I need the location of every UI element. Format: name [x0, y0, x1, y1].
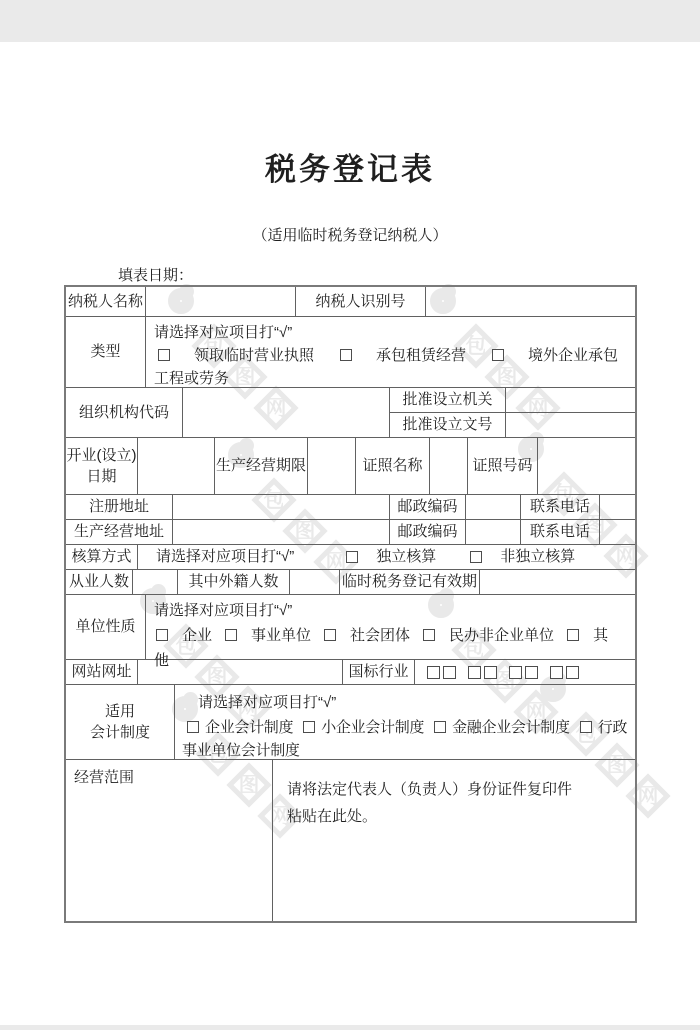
business-address-input[interactable]: [172, 520, 389, 544]
tick-hint: 请选择对应项目打“√”: [156, 547, 294, 567]
table-row-type: 类型 请选择对应项目打“√” 领取临时营业执照承包租赁经营境外企业承包工程或劳务: [66, 316, 635, 387]
approval-org-row: 批准设立机关: [389, 388, 635, 412]
table-row-registered-address: 注册地址 邮政编码 联系电话: [66, 494, 635, 519]
table-row-org-code: 组织机构代码 批准设立机关 批准设立文号: [66, 387, 635, 437]
operation-period-label: 生产经营期限: [214, 438, 307, 494]
operation-period-input[interactable]: [307, 438, 355, 494]
screenshot-root: { "header": { "title": "税务登记表", "subtitl…: [0, 0, 700, 1030]
approval-org-input[interactable]: [505, 388, 635, 412]
fill-date-label: 填表日期：: [118, 264, 193, 285]
postcode-input[interactable]: [465, 520, 520, 544]
table-row-opening-date: 开业(设立) 日期 生产经营期限 证照名称 证照号码: [66, 437, 635, 494]
approval-doc-input[interactable]: [505, 413, 635, 437]
table-row-accounting-system: 适用 会计制度 请选择对应项目打“√” 企业会计制度小企业会计制度金融企业会计制…: [66, 684, 635, 759]
business-address-label: 生产经营地址: [66, 520, 172, 544]
industry-code-box[interactable]: [427, 666, 440, 679]
checkbox-financial-enterprise-accounting-system[interactable]: [434, 721, 446, 733]
table-row-unit-nature: 单位性质 请选择对应项目打“√” 企业事业单位社会团体民办非企业单位其他: [66, 594, 635, 659]
checkbox-temp-business-license[interactable]: [158, 349, 170, 361]
option-label: 独立核算: [376, 547, 436, 567]
table-row-staff: 从业人数 其中外籍人数 临时税务登记有效期: [66, 569, 635, 594]
checkbox-overseas-enterprise-contract[interactable]: [492, 349, 504, 361]
website-input[interactable]: [137, 660, 342, 684]
industry-code-box[interactable]: [550, 666, 563, 679]
opening-date-label: 开业(设立) 日期: [66, 438, 137, 494]
option-label: 事业单位: [251, 627, 311, 644]
phone-label: 联系电话: [520, 520, 599, 544]
phone-input[interactable]: [599, 520, 635, 544]
industry-code-box[interactable]: [468, 666, 481, 679]
accounting-system-options-cell: 请选择对应项目打“√” 企业会计制度小企业会计制度金融企业会计制度行政事业单位会…: [174, 685, 635, 759]
taxpayer-name-label: 纳税人名称: [66, 287, 145, 316]
postcode-label: 邮政编码: [389, 520, 465, 544]
checkbox-enterprise[interactable]: [156, 629, 168, 641]
website-label: 网站网址: [66, 660, 137, 684]
approval-subtable: 批准设立机关 批准设立文号: [389, 388, 635, 437]
registered-address-label: 注册地址: [66, 495, 172, 519]
postcode-input[interactable]: [465, 495, 520, 519]
industry-code-cell: [414, 660, 635, 684]
org-code-input[interactable]: [182, 388, 389, 437]
checkbox-non-independent-accounting[interactable]: [470, 551, 482, 563]
phone-input[interactable]: [599, 495, 635, 519]
option-label: 非独立核算: [500, 547, 575, 567]
opening-date-input[interactable]: [137, 438, 214, 494]
approval-doc-label: 批准设立文号: [389, 413, 505, 437]
tick-hint: 请选择对应项目打“√”: [154, 321, 627, 344]
accounting-options-cell: 请选择对应项目打“√” 独立核算 非独立核算: [137, 545, 635, 569]
checkbox-contract-lease-operation[interactable]: [340, 349, 352, 361]
approval-doc-row: 批准设立文号: [389, 412, 635, 437]
type-label: 类型: [66, 317, 145, 387]
registration-validity-label: 临时税务登记有效期: [339, 570, 479, 594]
form-title: 税务登记表: [0, 144, 700, 189]
option-label: 金融企业会计制度: [452, 719, 570, 736]
industry-label: 国标行业: [342, 660, 414, 684]
staff-count-label: 从业人数: [66, 570, 132, 594]
staff-count-input[interactable]: [132, 570, 177, 594]
tick-hint: 请选择对应项目打“√”: [198, 691, 633, 714]
option-label: 承包租赁经营: [376, 347, 466, 364]
option-label: 企业会计制度: [205, 719, 293, 736]
business-scope-label: 经营范围: [66, 760, 272, 921]
option-label: 企业: [182, 627, 212, 644]
checkbox-other[interactable]: [567, 629, 579, 641]
table-row-accounting-method: 核算方式 请选择对应项目打“√” 独立核算 非独立核算: [66, 544, 635, 569]
license-name-input[interactable]: [429, 438, 467, 494]
tick-hint: 请选择对应项目打“√”: [154, 598, 629, 623]
approval-org-label: 批准设立机关: [389, 388, 505, 412]
phone-label: 联系电话: [520, 495, 599, 519]
type-options-cell: 请选择对应项目打“√” 领取临时营业执照承包租赁经营境外企业承包工程或劳务: [145, 317, 635, 387]
industry-code-box[interactable]: [525, 666, 538, 679]
unit-nature-label: 单位性质: [66, 595, 145, 659]
registration-validity-input[interactable]: [479, 570, 635, 594]
checkbox-enterprise-accounting-system[interactable]: [187, 721, 199, 733]
industry-code-box[interactable]: [509, 666, 522, 679]
checkbox-private-non-enterprise[interactable]: [423, 629, 435, 641]
accounting-method-label: 核算方式: [66, 545, 137, 569]
checkbox-public-institution[interactable]: [225, 629, 237, 641]
option-label: 社会团体: [350, 627, 410, 644]
foreign-staff-input[interactable]: [289, 570, 339, 594]
checkbox-administrative-institution-accounting-system[interactable]: [580, 721, 592, 733]
org-code-label: 组织机构代码: [66, 388, 182, 437]
id-copy-paste-area: 请将法定代表人（负责人）身份证件复印件 粘贴在此处。: [272, 760, 635, 921]
table-row-business-scope: 经营范围 请将法定代表人（负责人）身份证件复印件 粘贴在此处。: [66, 759, 635, 921]
taxpayer-id-input[interactable]: [425, 287, 635, 316]
industry-code-box[interactable]: [443, 666, 456, 679]
foreign-staff-label: 其中外籍人数: [177, 570, 289, 594]
industry-code-box[interactable]: [566, 666, 579, 679]
option-label: 民办非企业单位: [449, 627, 554, 644]
checkbox-independent-accounting[interactable]: [346, 551, 358, 563]
checkbox-small-enterprise-accounting-system[interactable]: [303, 721, 315, 733]
registered-address-input[interactable]: [172, 495, 389, 519]
option-label: 小企业会计制度: [321, 719, 424, 736]
option-label: 领取临时营业执照: [194, 347, 314, 364]
taxpayer-id-label: 纳税人识别号: [295, 287, 425, 316]
industry-code-box[interactable]: [484, 666, 497, 679]
license-name-label: 证照名称: [355, 438, 429, 494]
unit-nature-options-cell: 请选择对应项目打“√” 企业事业单位社会团体民办非企业单位其他: [145, 595, 635, 659]
table-row-website: 网站网址 国标行业: [66, 659, 635, 684]
taxpayer-name-input[interactable]: [145, 287, 295, 316]
license-number-input[interactable]: [537, 438, 635, 494]
license-number-label: 证照号码: [467, 438, 537, 494]
form-subtitle: （适用临时税务登记纳税人）: [0, 224, 700, 245]
registration-form-table: 纳税人名称 纳税人识别号 类型 请选择对应项目打“√” 领取临时营业执照承包租赁…: [64, 285, 637, 923]
document-page: 包图网 包图网 包图网 包图网 包图网 包图网 包图网 包图网 税务登记表 （适…: [0, 42, 700, 1025]
table-row-taxpayer: 纳税人名称 纳税人识别号: [66, 287, 635, 316]
table-row-business-address: 生产经营地址 邮政编码 联系电话: [66, 519, 635, 544]
accounting-system-label: 适用 会计制度: [66, 685, 174, 759]
postcode-label: 邮政编码: [389, 495, 465, 519]
checkbox-social-organization[interactable]: [324, 629, 336, 641]
